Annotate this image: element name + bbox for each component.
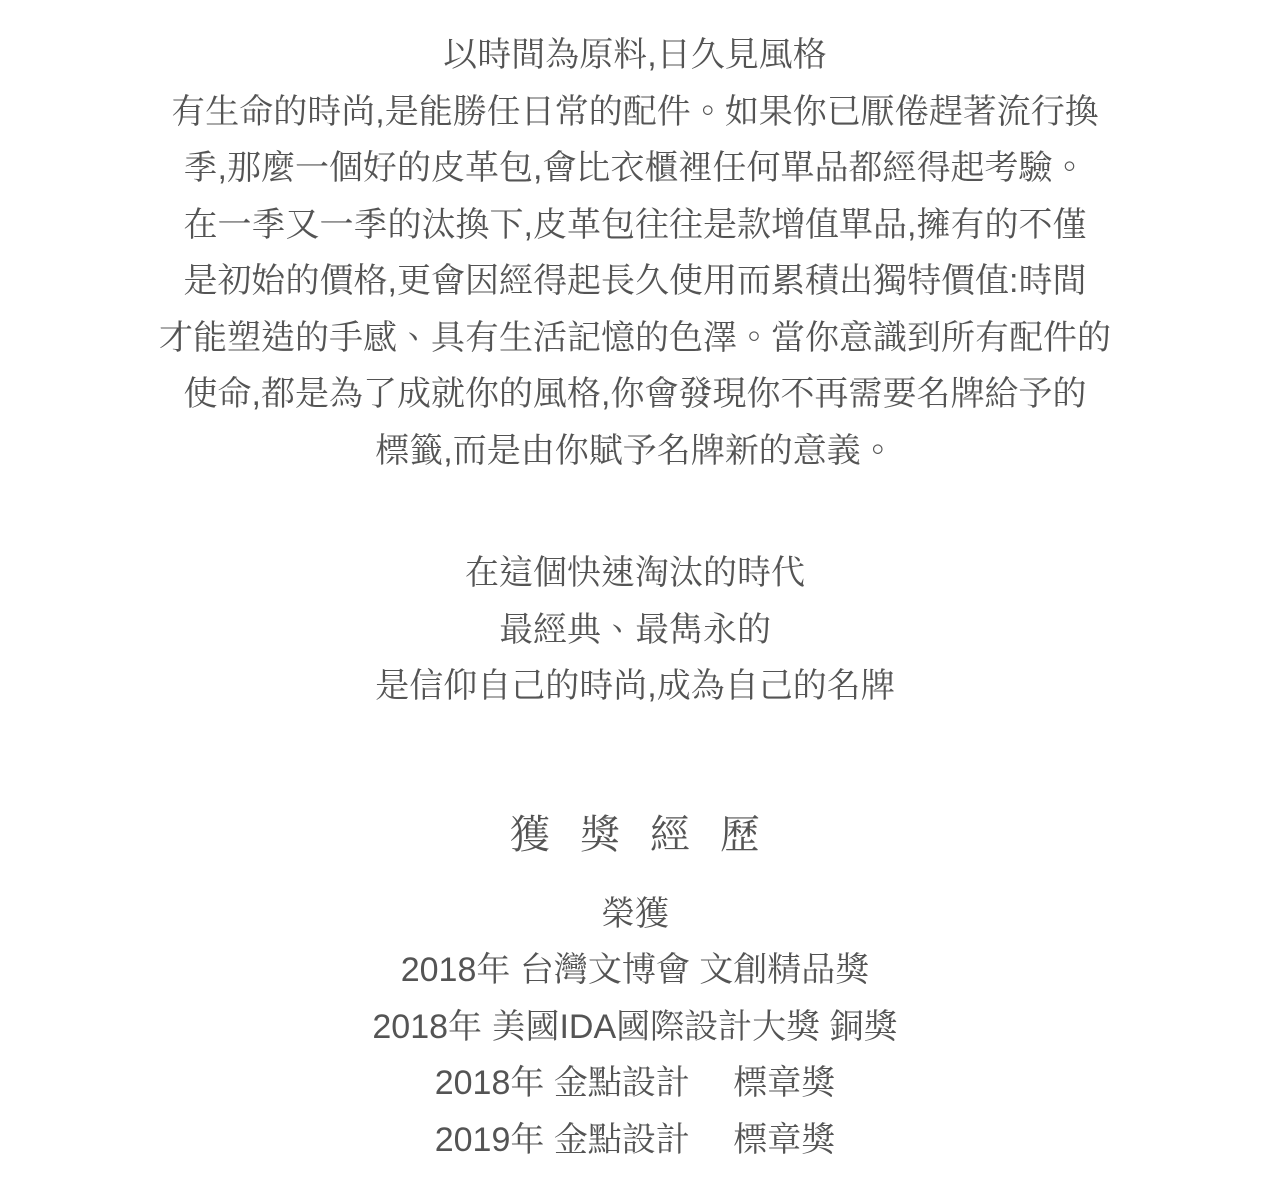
brand-intro-paragraph: 以時間為原料,日久見風格 有生命的時尚,是能勝任日常的配件。如果你已厭倦趕著流行… [0, 0, 1270, 479]
slogan-line: 最經典、最雋永的 [0, 602, 1270, 659]
awards-subheading: 榮獲 [0, 886, 1270, 943]
award-item: 2018年 美國IDA國際設計大獎 銅獎 [0, 999, 1270, 1056]
award-item: 2019年 金點設計 標章獎 [0, 1112, 1270, 1169]
slogan-line: 在這個快速淘汰的時代 [0, 545, 1270, 602]
intro-line: 標籤,而是由你賦予名牌新的意義。 [0, 423, 1270, 480]
intro-line: 才能塑造的手感、具有生活記憶的色澤。當你意識到所有配件的 [0, 310, 1270, 367]
awards-section: 獲獎經歷 榮獲 2018年 台灣文博會 文創精品獎 2018年 美國IDA國際設… [0, 807, 1270, 1169]
slogan-line: 是信仰自己的時尚,成為自己的名牌 [0, 658, 1270, 715]
intro-line: 在一季又一季的汰換下,皮革包往往是款增值單品,擁有的不僅 [0, 197, 1270, 254]
product-description-page: 以時間為原料,日久見風格 有生命的時尚,是能勝任日常的配件。如果你已厭倦趕著流行… [0, 0, 1270, 1200]
award-item: 2018年 台灣文博會 文創精品獎 [0, 942, 1270, 999]
brand-slogan: 在這個快速淘汰的時代 最經典、最雋永的 是信仰自己的時尚,成為自己的名牌 [0, 545, 1270, 715]
intro-tagline: 以時間為原料,日久見風格 [0, 27, 1270, 84]
awards-heading: 獲獎經歷 [0, 807, 1270, 863]
intro-line: 季,那麼一個好的皮革包,會比衣櫃裡任何單品都經得起考驗。 [0, 140, 1270, 197]
intro-line: 是初始的價格,更會因經得起長久使用而累積出獨特價值:時間 [0, 253, 1270, 310]
intro-line: 使命,都是為了成就你的風格,你會發現你不再需要名牌給予的 [0, 366, 1270, 423]
intro-line: 有生命的時尚,是能勝任日常的配件。如果你已厭倦趕著流行換 [0, 84, 1270, 141]
award-item: 2018年 金點設計 標章獎 [0, 1055, 1270, 1112]
